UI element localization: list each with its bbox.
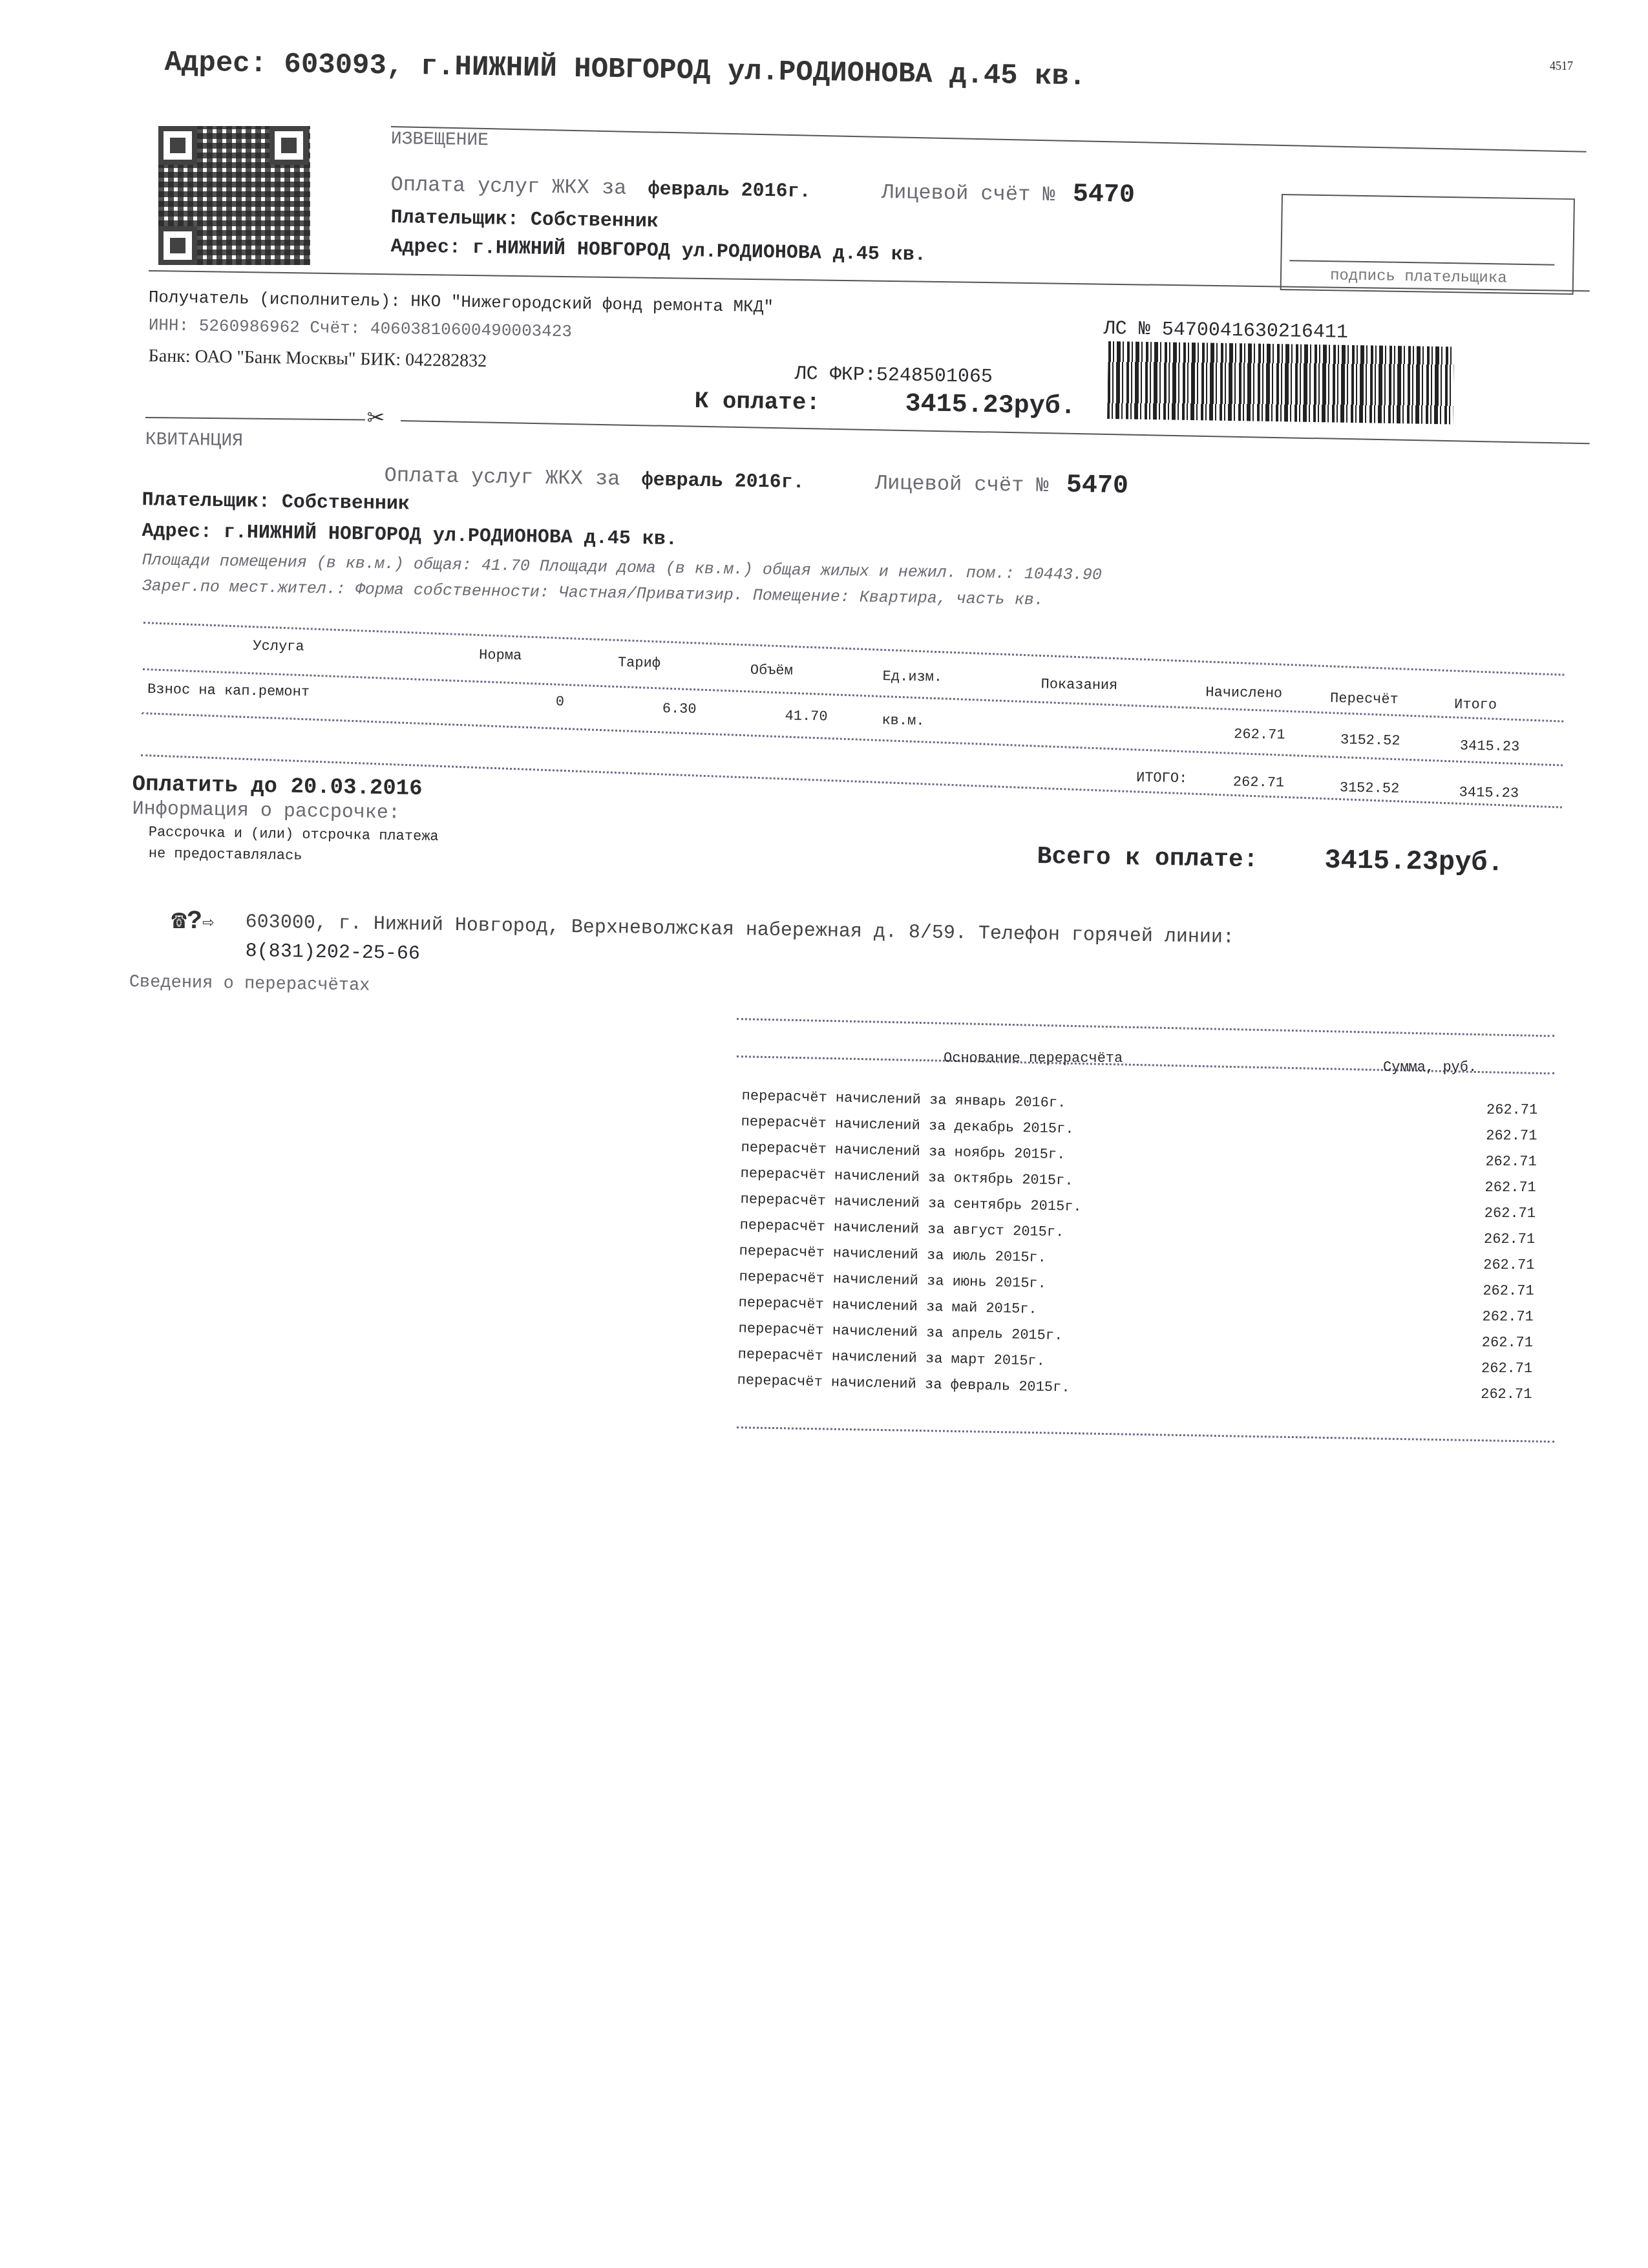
receipt-period-row: Оплата услуг ЖКХ за февраль 2016г. Лицев… (384, 460, 1128, 501)
recalc-table: Основание перерасчёта Сумма, руб. перера… (737, 1018, 1564, 1445)
totals-label: ИТОГО: (1136, 770, 1188, 787)
notice-account-label: Лицевой счёт № (882, 180, 1055, 207)
col-header: Показания (1041, 676, 1117, 694)
to-pay-amount: 3415.23 (905, 390, 1014, 421)
contact-icons: ☎?⇨ (171, 905, 214, 937)
inn-account-line: ИНН: 5260986962 Счёт: 406038106004900034… (149, 315, 573, 341)
installment-text-2: не предоставлялась (149, 845, 302, 864)
totals-recalc: 3152.52 (1340, 779, 1400, 797)
notice-section-label: ИЗВЕЩЕНИЕ (391, 129, 489, 151)
col-header: Пересчёт (1330, 690, 1399, 708)
col-header: Сумма, руб. (1383, 1059, 1477, 1076)
recalc-row-reason: перерасчёт начислений за ноябрь 2015г. (741, 1139, 1065, 1163)
col-header: Начислено (1205, 684, 1282, 702)
receipt-account-label: Лицевой счёт № (875, 471, 1049, 498)
recalc-row-reason: перерасчёт начислений за март 2015г. (737, 1346, 1045, 1370)
to-pay-label: К оплате: (694, 388, 820, 416)
to-pay-currency: руб. (1013, 392, 1076, 422)
qr-finder-icon (269, 126, 308, 165)
grand-total-currency: руб. (1438, 847, 1504, 879)
receipt-period: февраль 2016г. (641, 469, 805, 494)
recalc-row-amount: 262.71 (1481, 1361, 1532, 1377)
due-date: Оплатить до 20.03.2016 (132, 772, 422, 801)
recipient-line: Получатель (исполнитель): НКО "Нижегород… (149, 288, 774, 317)
bank-line: Банк: ОАО "Банк Москвы" БИК: 042282832 (148, 346, 487, 372)
recalc-row-amount: 262.71 (1482, 1335, 1533, 1351)
table-row: Взнос на кап.ремонт 0 6.30 41.70 кв.м. 2… (143, 622, 1565, 646)
question-icon: ? (187, 907, 202, 937)
installment-text-1: Рассрочка и (или) отсрочка платежа (149, 824, 439, 845)
recalc-row-amount: 262.71 (1483, 1283, 1534, 1299)
recalc-row-amount: 262.71 (1483, 1257, 1534, 1273)
table-border (737, 1426, 1554, 1443)
notice-period-row: Оплата услуг ЖКХ за февраль 2016г. Лицев… (390, 169, 1135, 210)
scissors-icon: ✂ (367, 401, 385, 436)
cell-tariff: 6.30 (662, 701, 697, 717)
phone-icon: ☎ (171, 907, 187, 937)
cut-line (145, 417, 365, 421)
barcode (1107, 341, 1454, 424)
signature-box[interactable]: подпись плательщика (1280, 194, 1575, 295)
totals-charged: 262.71 (1233, 774, 1285, 790)
recalc-row-amount: 262.71 (1481, 1386, 1532, 1403)
recalc-row-amount: 262.71 (1485, 1154, 1536, 1170)
recalc-row-amount: 262.71 (1484, 1231, 1535, 1247)
ls-fkr: ЛС ФКР:5248501065 (794, 363, 993, 388)
notice-account-number: 5470 (1073, 180, 1136, 211)
signature-line (1289, 260, 1554, 265)
notice-payment-for-label: Оплата услуг ЖКХ за (390, 173, 626, 200)
recalc-row-reason: перерасчёт начислений за июль 2015г. (739, 1243, 1047, 1266)
notice-to-pay-row: К оплате: 3415.23руб. (694, 387, 1076, 421)
ls-barcode-label: ЛС № 5470041630216411 (1103, 318, 1348, 344)
receipt-section-label: КВИТАНЦИЯ (145, 430, 244, 451)
col-header: Объём (750, 662, 793, 679)
recalc-section-label: Сведения о перерасчётах (129, 973, 370, 996)
grand-total-amount: 3415.23 (1324, 845, 1439, 878)
recalc-row-amount: 262.71 (1484, 1205, 1536, 1222)
header-address: Адрес: 603093, г.НИЖНИЙ НОВГОРОД ул.РОДИ… (164, 47, 1086, 93)
recalc-row-reason: перерасчёт начислений за июнь 2015г. (739, 1269, 1046, 1292)
recalc-row-amount: 262.71 (1483, 1309, 1534, 1325)
col-header: Итого (1454, 696, 1497, 713)
recalc-row-reason: перерасчёт начислений за апрель 2015г. (738, 1320, 1062, 1344)
services-table: Услуга Норма Тариф Объём Ед.изм. Показан… (142, 622, 1565, 776)
recalc-row-amount: 262.71 (1486, 1102, 1537, 1118)
cell-unit: кв.м. (882, 712, 924, 729)
totals-total: 3415.23 (1459, 785, 1519, 802)
qr-code (158, 126, 310, 265)
recalc-row-reason: перерасчёт начислений за октябрь 2015г. (741, 1165, 1073, 1189)
notice-period: февраль 2016г. (648, 178, 811, 203)
cell-volume: 41.70 (785, 708, 827, 725)
notice-address: Адрес: г.НИЖНИЙ НОВГОРОД ул.РОДИОНОВА д.… (390, 236, 926, 266)
receipt-payment-for-label: Оплата услуг ЖКХ за (384, 463, 620, 491)
recalc-row-reason: перерасчёт начислений за май 2015г. (739, 1295, 1038, 1317)
grand-total-label: Всего к оплате: (1037, 843, 1258, 874)
recalc-row-reason: перерасчёт начислений за январь 2016г. (741, 1088, 1066, 1111)
table-header-row: Услуга Норма Тариф Объём Ед.изм. Показан… (143, 622, 1565, 646)
recalc-row-reason: перерасчёт начислений за февраль 2015г. (737, 1372, 1070, 1396)
arrow-right-icon: ⇨ (202, 913, 214, 935)
col-header: Норма (479, 647, 522, 664)
table-border (143, 622, 1565, 676)
divider (391, 126, 1587, 153)
hotline-phone: 8(831)202-25-66 (245, 940, 420, 965)
recalc-row-reason: перерасчёт начислений за август 2015г. (739, 1217, 1064, 1240)
installment-title: Информация о рассрочке: (132, 798, 400, 824)
cell-charged: 262.71 (1234, 726, 1285, 743)
recalc-row-reason: перерасчёт начислений за сентябрь 2015г. (740, 1191, 1082, 1215)
grand-total-row: Всего к оплате: 3415.23руб. (1037, 840, 1504, 878)
page-code: 4517 (1550, 59, 1573, 73)
col-header: Услуга (253, 638, 304, 655)
col-header: Тариф (618, 655, 660, 672)
cell-service: Взнос на кап.ремонт (147, 681, 310, 700)
receipt-payer: Плательщик: Собственник (142, 489, 410, 515)
signature-label: подпись плательщика (1330, 267, 1507, 287)
cut-line (401, 420, 1590, 444)
col-header: Ед.изм. (882, 668, 942, 686)
recalc-row-amount: 262.71 (1486, 1128, 1537, 1144)
notice-payer: Плательщик: Собственник (390, 207, 659, 233)
qr-finder-icon (158, 226, 197, 265)
recalc-row-amount: 262.71 (1485, 1180, 1536, 1196)
totals-row: ИТОГО: 262.71 3152.52 3415.23 (143, 622, 1565, 646)
receipt-account-number: 5470 (1066, 471, 1129, 502)
recalc-row-reason: перерасчёт начислений за декабрь 2015г. (741, 1114, 1074, 1138)
cell-recalc: 3152.52 (1340, 732, 1400, 749)
cell-norm: 0 (556, 694, 565, 710)
table-border (737, 1018, 1554, 1037)
qr-finder-icon (158, 126, 197, 165)
col-header: Основание перерасчёта (944, 1050, 1123, 1066)
receipt-address: Адрес: г.НИЖНИЙ НОВГОРОД ул.РОДИОНОВА д.… (142, 520, 677, 551)
cell-total: 3415.23 (1460, 738, 1520, 756)
